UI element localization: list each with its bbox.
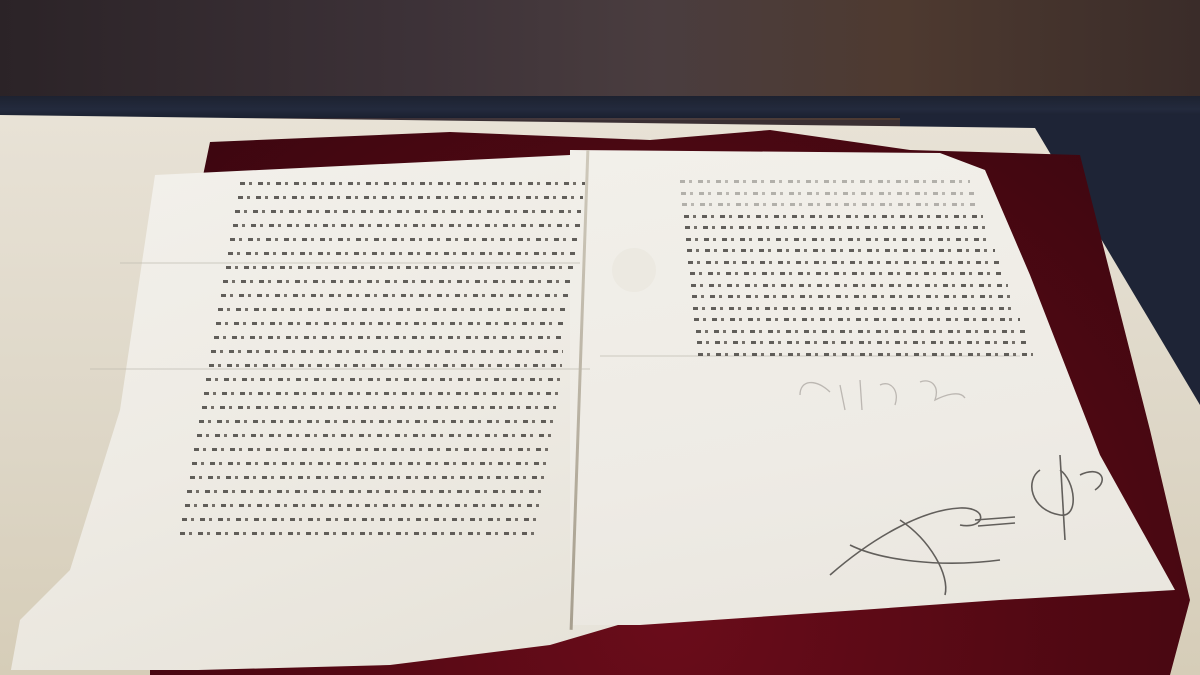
royal-signature: [0, 0, 1200, 675]
